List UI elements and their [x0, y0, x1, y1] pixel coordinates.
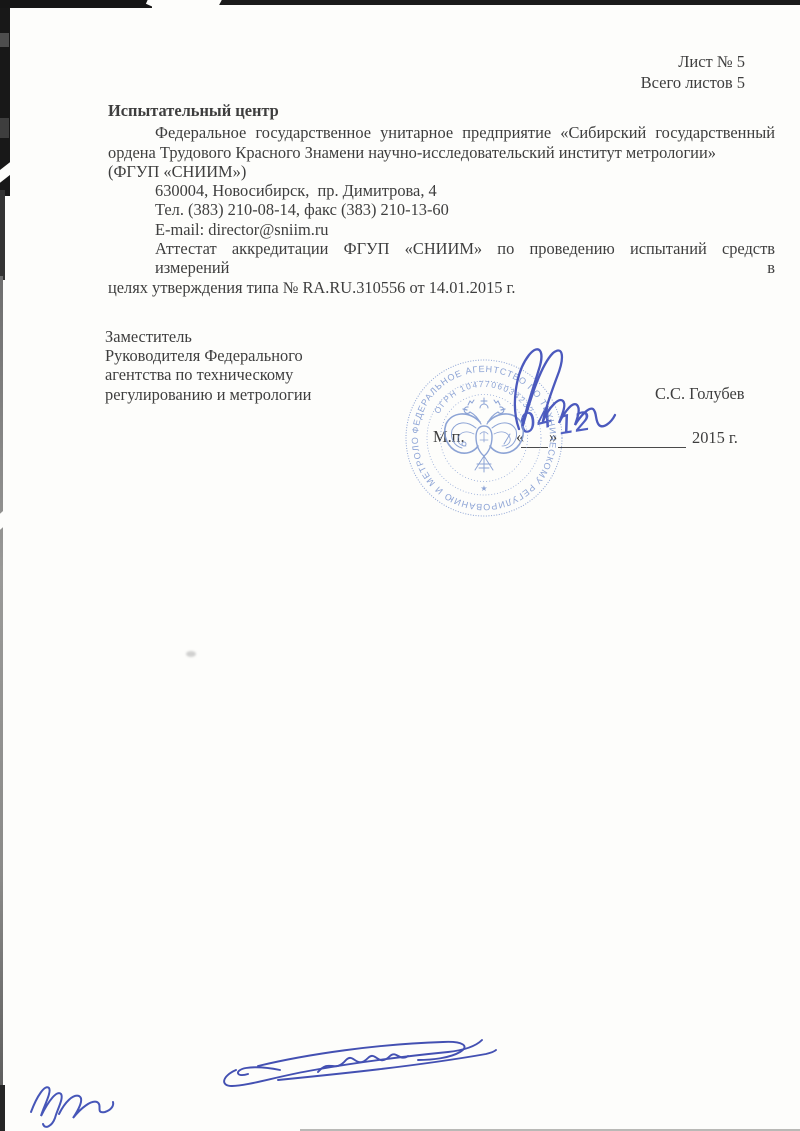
position-line: Руководителя Федерального [105, 346, 355, 365]
scanned-document-page: Лист № 5 Всего листов 5 Испытательный це… [0, 0, 800, 1131]
director-signature [505, 345, 620, 440]
scan-edge-notch [0, 118, 9, 138]
scan-edge-top-left [0, 0, 152, 8]
scan-edge-bottom-left [0, 1085, 5, 1131]
scan-speck [186, 651, 196, 657]
attestation-line: Аттестат аккредитации ФГУП «СНИИМ» по пр… [108, 239, 775, 278]
email-line: E-mail: director@sniim.ru [108, 220, 775, 239]
attestation-line: целях утверждения типа № RA.RU.310556 от… [108, 278, 775, 297]
sheet-numbering: Лист № 5 Всего листов 5 [641, 52, 745, 93]
scan-scratch [0, 489, 35, 533]
signatory-position: Заместитель Руководителя Федерального аг… [105, 327, 355, 404]
position-line: регулированию и метрологии [105, 385, 355, 404]
section-heading: Испытательный центр [108, 101, 775, 120]
total-sheets-label: Всего листов 5 [641, 73, 745, 94]
scan-edge-left-thin [0, 276, 3, 1131]
address-line: 630004, Новосибирск, пр. Димитрова, 4 [108, 181, 775, 200]
position-line: Заместитель [105, 327, 355, 346]
org-name-line: Федеральное государственное унитарное пр… [108, 123, 775, 142]
month-underline [558, 447, 686, 448]
signature-bottom-center [218, 1028, 498, 1098]
phone-line: Тел. (383) 210-08-14, факс (383) 210-13-… [108, 200, 775, 219]
org-name-line: ордена Трудового Красного Знамени научно… [108, 143, 775, 162]
sheet-number-label: Лист № 5 [641, 52, 745, 73]
position-line: агентства по техническому [105, 365, 355, 384]
scan-edge-left-mid [0, 190, 5, 280]
year-label: 2015 г. [692, 428, 738, 448]
test-center-section: Испытательный центр Федеральное государс… [108, 101, 775, 297]
signature-bottom-left [15, 1072, 120, 1130]
org-name-line: (ФГУП «СНИИМ») [108, 162, 775, 181]
scan-edge-notch [0, 33, 9, 47]
signatory-name: С.С. Голубев [655, 384, 744, 404]
stamp-star: ★ [480, 484, 487, 493]
